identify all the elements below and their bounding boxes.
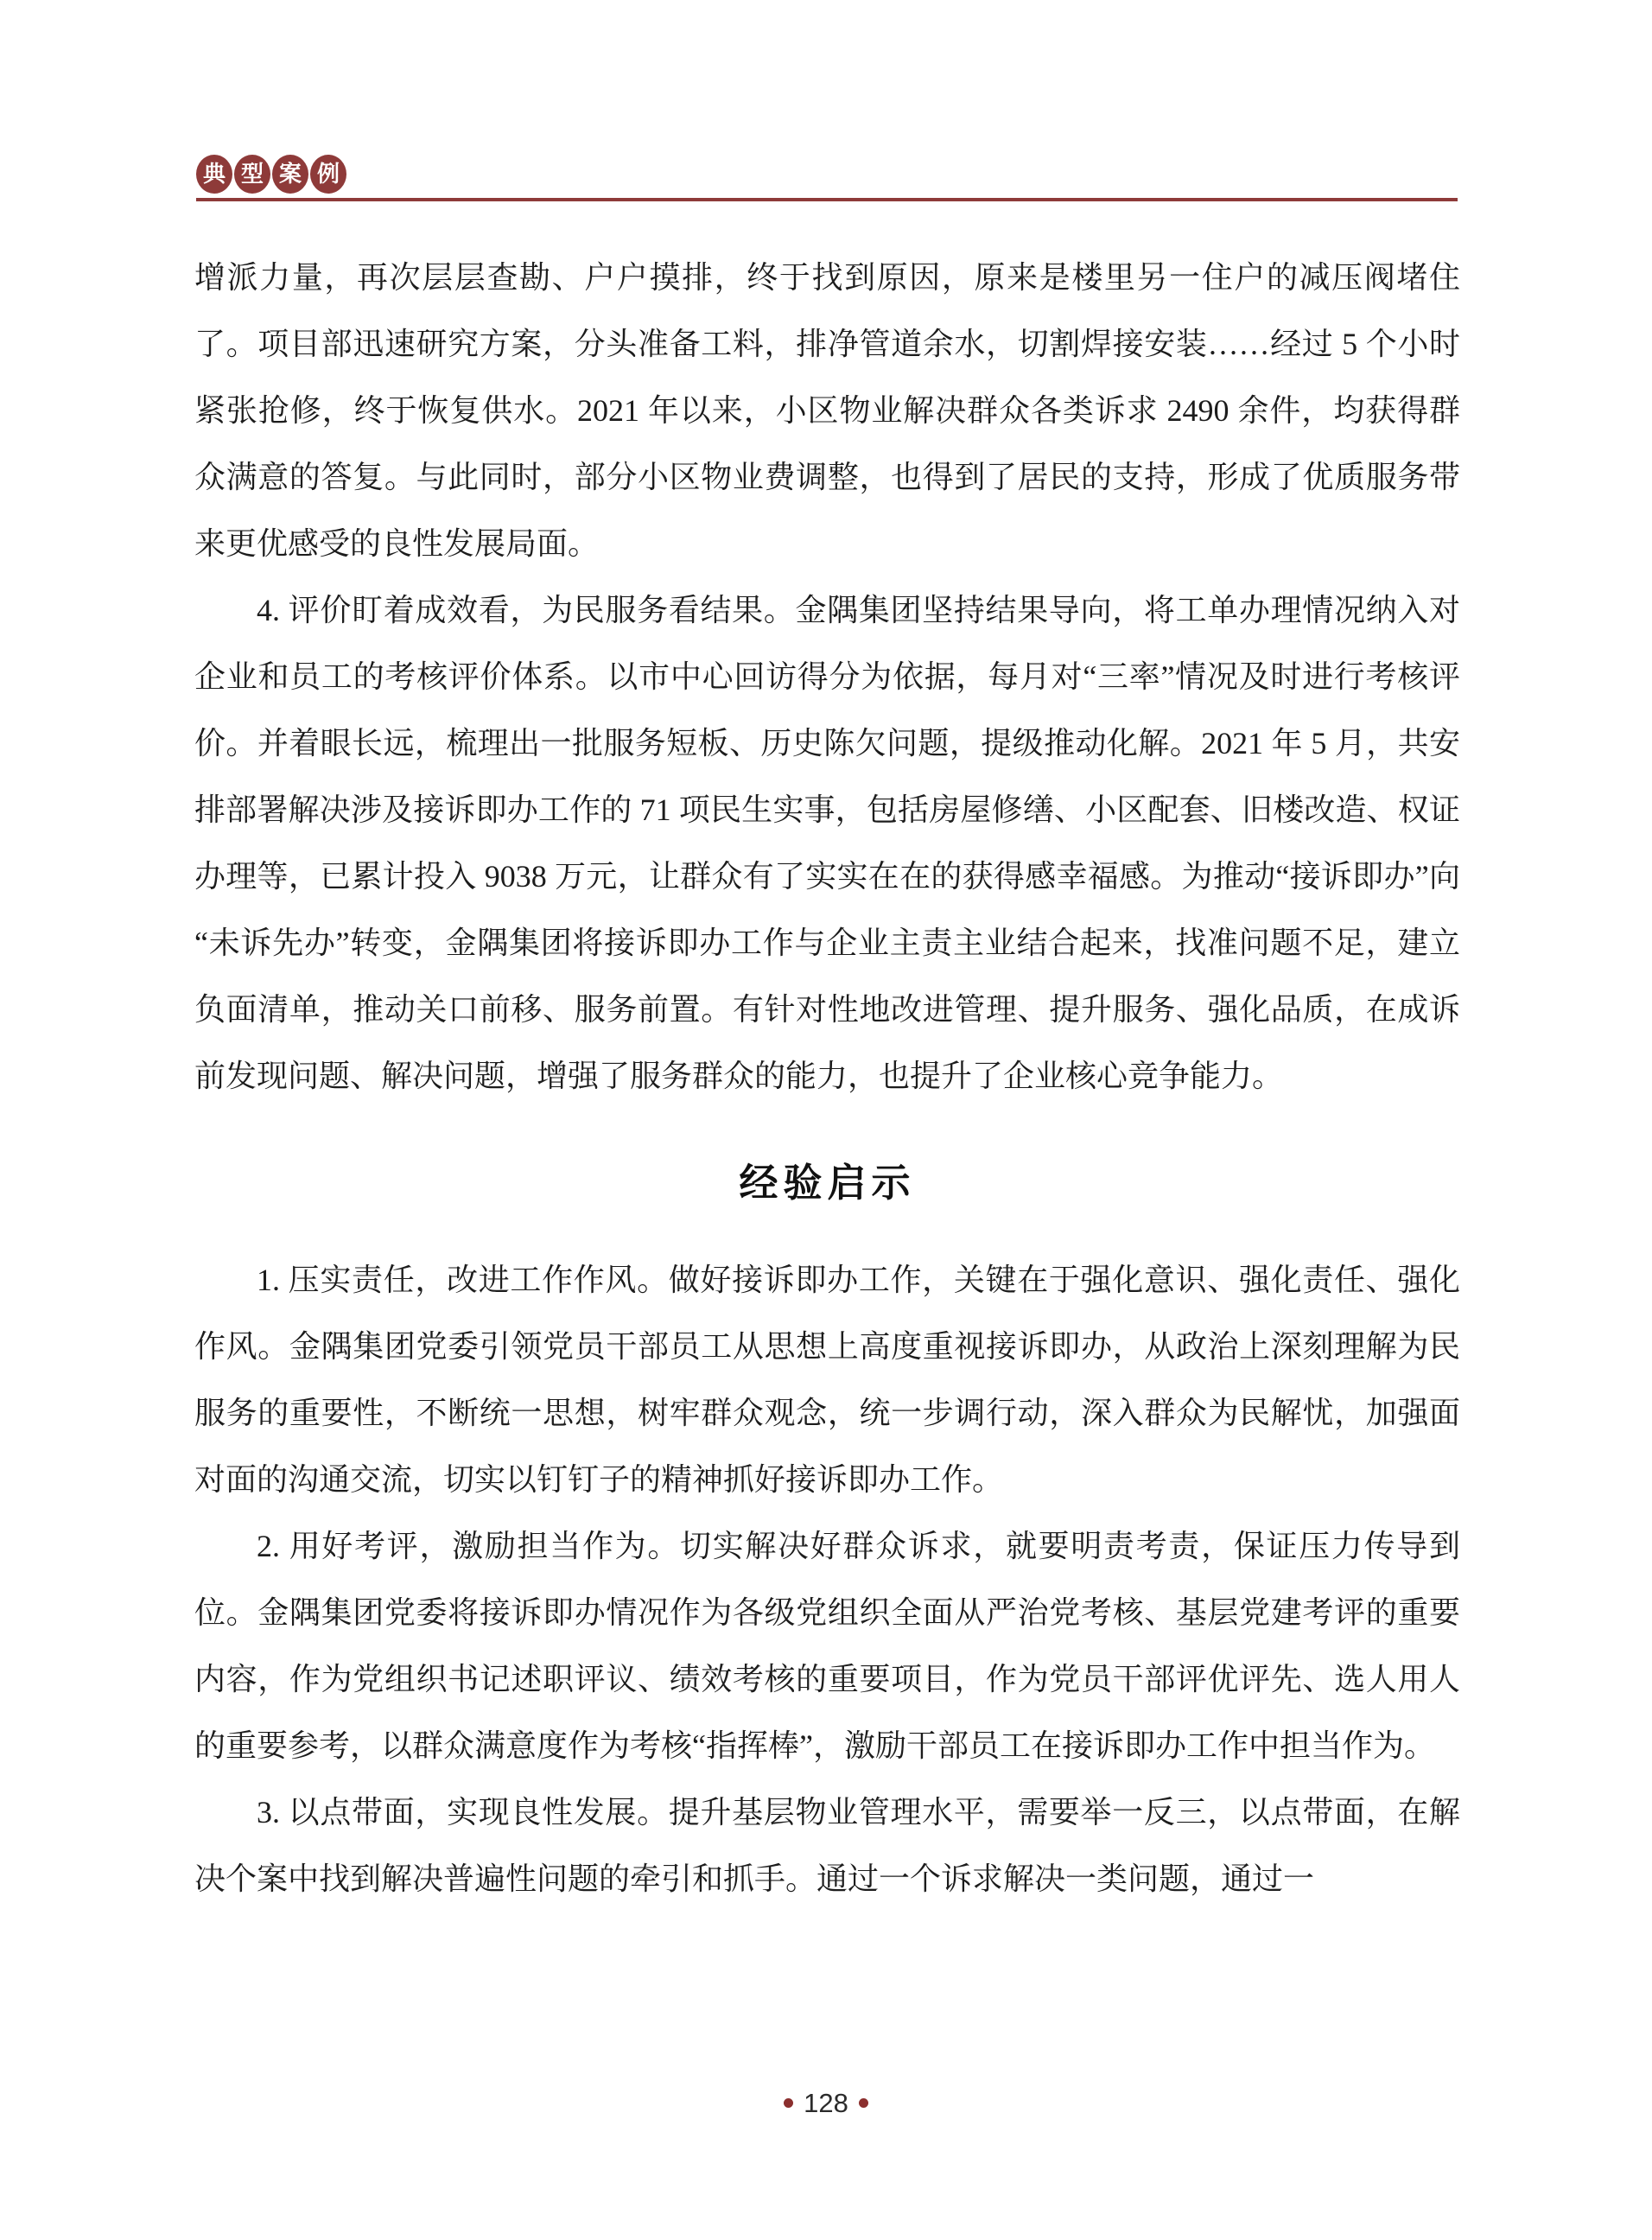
document-page: 典 型 案 例 增派力量，再次层层查勘、户户摸排，终于找到原因，原来是楼里另一住… [0,0,1652,2240]
paragraph-lesson-1: 1. 压实责任，改进工作作风。做好接诉即办工作，关键在于强化意识、强化责任、强化… [194,1247,1460,1513]
paragraph-lesson-3: 3. 以点带面，实现良性发展。提升基层物业管理水平，需要举一反三，以点带面，在解… [194,1779,1460,1912]
header-badge-char: 案 [272,155,308,194]
page-number-dot-left [784,2098,793,2108]
paragraph-point-4: 4. 评价盯着成效看，为民服务看结果。金隅集团坚持结果导向，将工单办理情况纳入对… [194,577,1460,1110]
page-number: 128 [804,2090,848,2116]
header-badge-char: 型 [234,155,270,194]
header-rule [196,198,1458,201]
header-badge-char: 典 [196,155,232,194]
page-header: 典 型 案 例 [196,155,1458,201]
section-heading: 经验启示 [194,1163,1460,1202]
paragraph-lesson-2: 2. 用好考评，激励担当作为。切实解决好群众诉求，就要明责考责，保证压力传导到位… [194,1513,1460,1779]
header-badges: 典 型 案 例 [196,155,1458,194]
page-body: 增派力量，再次层层查勘、户户摸排，终于找到原因，原来是楼里另一住户的减压阀堵住了… [194,245,1460,1912]
header-badge-char: 例 [310,155,346,194]
page-number-dot-right [859,2098,868,2108]
page-footer: 128 [0,2090,1652,2116]
paragraph-continuation: 增派力量，再次层层查勘、户户摸排，终于找到原因，原来是楼里另一住户的减压阀堵住了… [194,245,1460,577]
